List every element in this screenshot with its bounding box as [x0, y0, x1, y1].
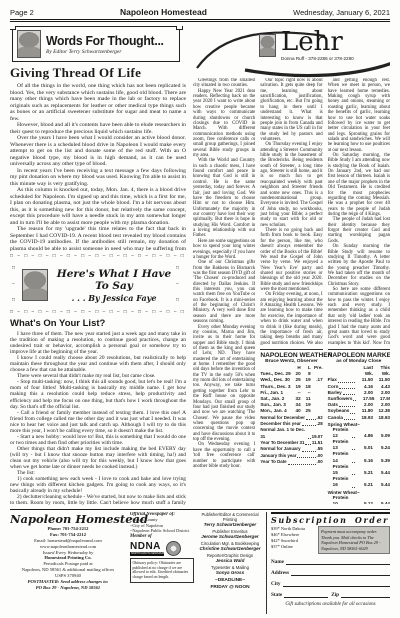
field-line	[286, 564, 390, 565]
lehr-columns: Greetings from the smallest city situate…	[193, 78, 390, 504]
form-field-row: City	[271, 581, 390, 587]
lehr-column-2: Our topic right now is about salvation. …	[260, 78, 322, 346]
lehr-header: Lehr Donna Ruff - 378-2286 or 378-2280	[193, 26, 390, 78]
dot-leader	[343, 394, 355, 395]
subscription-fields: NameAddressCity	[271, 559, 390, 587]
commodity-name: Protein 12	[333, 427, 351, 439]
field-line	[291, 575, 390, 576]
paragraph: $37* Online	[271, 544, 315, 550]
dot-leader	[302, 425, 316, 426]
page-number: Page 2	[10, 8, 34, 17]
subscription-prices: $39* North Dakota$46* Elsewhere$42* Snow…	[271, 526, 315, 554]
dot-leader	[339, 388, 355, 389]
heres-what-banner: □ ~ □ ~ □ ~ □ ~ □ ~ □ ~ □ ~ □ ~ □ ~ □ ~ …	[10, 254, 184, 316]
weather-summary-row: Normal Jan. 1 to Dec. 3119.07	[260, 427, 322, 440]
last-week-price: 5.16	[356, 458, 373, 464]
paragraph: As this column is knocked out, today, Mo…	[10, 187, 186, 226]
dot-leader	[288, 464, 316, 465]
paragraph: Every other Monday evening my cousins, M…	[193, 325, 255, 443]
paragraph: With the World and Country in such a cha…	[193, 158, 255, 238]
dot-leader	[352, 487, 355, 488]
paragraph: The people of Judah had lost their ident…	[328, 217, 390, 244]
paragraph: In recent years I've been receiving a te…	[10, 168, 186, 188]
commodity-name: Protein 15	[333, 464, 351, 476]
paragraph: However, blood and all it's contents hav…	[10, 122, 186, 135]
summary-label: Normal Jan. 1 to Dec. 31	[260, 427, 306, 440]
column-byline: By Editor Terry Schwartzenberger	[46, 49, 171, 55]
weather-observer: Bruce Wentz, Observer	[260, 359, 322, 364]
article-body-giving-thread: Of all the things in the world, one thin…	[10, 83, 186, 251]
decorative-border-left: □~□	[12, 261, 18, 309]
paragraph: □	[176, 298, 182, 304]
dot-leader	[297, 457, 315, 458]
masthead-info: Napoleon Homestead Phone: 701-754-2212Fa…	[10, 512, 126, 614]
member-seal-logo	[166, 541, 181, 556]
words-for-thought-banner: Words For Thought... By Editor Terry Sch…	[12, 26, 180, 62]
deadline-label: ~DEADLINE~	[198, 578, 262, 583]
dot-leader	[352, 462, 355, 463]
dot-leader	[306, 419, 316, 420]
dot-leader	[308, 438, 311, 439]
header-rule	[10, 19, 390, 22]
markets-row: Protein 135.015.24	[328, 439, 390, 451]
staff-list: Publisher/Editor & Commercial PrintingTe…	[198, 512, 262, 614]
masthead: Napoleon Homestead Phone: 701-754-2212Fa…	[10, 512, 390, 614]
section-title: Lehr	[281, 28, 354, 56]
paragraph: ~	[176, 282, 182, 288]
masthead-title: Napoleon Homestead	[10, 512, 126, 526]
dot-leader	[338, 382, 355, 383]
last-week-price: 5.21	[356, 470, 373, 476]
decorative-border-right: □~□	[176, 261, 182, 309]
paragraph: There is no going back and forth from bo…	[260, 228, 322, 292]
official-newspaper-block: Official Newspaper of: ~Logan County~Cit…	[130, 512, 194, 614]
commodity-name: Protein 13	[333, 439, 351, 451]
obituary-policy: Obituary policy: Obituaries are publishe…	[130, 558, 194, 583]
zip-field-label: Zip	[331, 592, 339, 598]
markets-table: NAPOLEON MARKETS as of Monday Close Last…	[328, 349, 390, 504]
ndna-logo: NDNA NORTH DAKOTA NEWSPAPER ASSOCIATION	[130, 542, 164, 556]
commodity-name: Canola	[328, 415, 343, 421]
decorative-border-bottom: □ ~ □ ~ □ ~ □ ~ □ ~ □ ~ □ ~ □ ~ □ ~ □ ~ …	[10, 310, 184, 316]
paragraph: On Sunday morning the Bible Study will r…	[328, 244, 390, 287]
paragraph: I know I could really choose about 20 re…	[10, 355, 186, 373]
dot-leader	[344, 419, 355, 420]
official-newspaper-list: ~Logan County~City of Napoleon~Napoleon …	[130, 517, 194, 534]
last-week-price: 18.93	[356, 415, 373, 421]
masthead-line: PO Box 29 - Napoleon, ND 58561	[10, 585, 126, 591]
markets-row: Protein 155.215.44	[328, 464, 390, 476]
last-week-price: 5.12	[356, 501, 373, 504]
markets-subtitle: as of Monday Close	[328, 359, 390, 364]
weather-days: Tues., Dec. 29208Wed., Dec. 302519.17Thu…	[260, 371, 322, 414]
issue-date: Wednesday, January 6, 2021	[293, 8, 390, 17]
paragraph: Greetings from the smallest city situate…	[193, 78, 255, 89]
markets-row: Protein 165.215.44	[328, 476, 390, 488]
lehr-section: Lehr Donna Ruff - 378-2286 or 378-2280 G…	[193, 26, 390, 506]
dot-leader	[352, 474, 355, 475]
jessica-portrait-photo	[22, 269, 48, 301]
form-field-row: Name	[271, 559, 390, 565]
weather-precip: .17	[311, 377, 323, 383]
paragraph: Our topic right now is about salvation. …	[260, 78, 322, 142]
paragraph: I have three of them. The new year start…	[10, 331, 186, 355]
paragraph: □	[12, 266, 18, 272]
dot-leader	[352, 449, 355, 450]
this-week-price: 5.44	[373, 470, 390, 476]
subscription-form: Subscription Order Form $39* North Dakot…	[266, 512, 390, 614]
dot-leader	[305, 444, 310, 445]
dot-leader	[302, 451, 316, 452]
paragraph: So here are some different communication…	[328, 287, 390, 346]
paragraph: On Friday evening, at noon, I am enjoyin…	[260, 292, 322, 346]
field-label: Name	[271, 559, 284, 565]
state-field-line	[284, 597, 328, 598]
payment-note: Payment must accompany order. Thank you.…	[318, 526, 390, 554]
paragraph: □	[12, 298, 18, 304]
summary-value: .00	[317, 459, 323, 465]
paragraph: On Thursday evening I enjoy attending a …	[260, 142, 322, 228]
gift-note: Gift subscriptions available for all occ…	[271, 602, 390, 607]
editor-portrait-photo	[17, 30, 41, 58]
markets-title: NAPOLEON MARKETS	[328, 352, 390, 359]
commodity-name: Protein 10	[333, 495, 351, 504]
dot-leader	[353, 400, 356, 401]
paragraph: - Stop multi-tasking: now, I think this …	[10, 379, 186, 409]
column-byline-jessica: . . . By Jessica Faye	[52, 293, 176, 303]
donna-portrait-photo	[259, 34, 276, 57]
weather-summary: Normal for December.62December this year…	[260, 415, 322, 466]
left-column: Words For Thought... By Editor Terry Sch…	[10, 26, 186, 506]
page-header: Page 2 Napoleon Homestead Wednesday, Jan…	[10, 5, 390, 17]
dot-leader	[352, 437, 355, 438]
paragraph: 1) cook something new each week - I love…	[10, 476, 186, 494]
markets-col-headers: Last Wk. This Wk.	[328, 365, 390, 377]
newspaper-page: Page 2 Napoleon Homestead Wednesday, Jan…	[0, 0, 400, 618]
paragraph: On Saturday morning, the Bible Study I a…	[328, 153, 390, 217]
paragraph: □	[176, 266, 182, 272]
masthead-contact-lines: Phone: 701-754-2212Fax: 701-754-2212Emai…	[10, 526, 126, 591]
page-content: Words For Thought... By Editor Terry Sch…	[10, 26, 390, 506]
deadline-time: FRIDAY @ NOON	[198, 585, 262, 590]
subscription-form-title: Subscription Order Form	[271, 512, 390, 525]
field-label: Address	[271, 570, 289, 576]
form-field-row: Address	[271, 570, 390, 576]
column-title: Words For Thought...	[46, 33, 164, 48]
summary-label: Year To Date	[260, 459, 286, 465]
paragraph: Over the years I have been what I would …	[10, 135, 186, 168]
field-line	[283, 586, 390, 587]
state-field-label: State	[271, 592, 282, 598]
article-headline-whats-on-list: What's On Your List?	[10, 318, 186, 329]
staff-role: Publisher/Editor & Commercial Printing	[198, 512, 262, 522]
paragraph: The reason for my 'upgrade' this time re…	[10, 226, 186, 251]
masthead-rule	[10, 509, 390, 510]
paragraph: Happy New Year 2021 dear readers. Reflec…	[193, 89, 255, 159]
field-label: City	[271, 581, 281, 587]
this-week-price: 18.93	[373, 415, 390, 421]
this-week-price: 5.44	[373, 501, 390, 504]
paragraph: ~	[12, 282, 18, 288]
this-week-price: 5.09	[373, 433, 390, 439]
staff-name: Sonya Gross	[198, 570, 262, 576]
summary-value: .28	[317, 421, 323, 427]
staff-name: Terry Schwartzenberger	[198, 522, 262, 528]
weather-title: NAPOLEON WEATHER	[260, 352, 322, 359]
this-week-price: 5.39	[373, 458, 390, 464]
markets-rows: Flax11.5011.50Corn4.164.43Barley2.002.00…	[328, 377, 390, 504]
last-week-price: 5.21	[356, 482, 373, 488]
lehr-column-1: Greetings from the smallest city situate…	[193, 78, 255, 504]
this-week-price: 5.24	[373, 445, 390, 451]
staff-name: Jessica Wald	[198, 558, 262, 564]
markets-row: Canola18.9318.93	[328, 415, 390, 421]
paragraph: - Start a new hobby: would love to! But,…	[10, 434, 186, 446]
paragraph: Other things that didn't make my list in…	[10, 446, 186, 470]
column-title-jessica: Here's What I Have To Say	[52, 268, 176, 292]
paragraph: Here are some suggestions on how to spen…	[193, 239, 255, 260]
paragraph: Of all the things in the world, one thin…	[10, 83, 186, 122]
commodity-name: Protein 14	[333, 451, 351, 463]
state-zip-row: State Zip	[271, 592, 390, 598]
paper-name: Napoleon Homestead	[120, 7, 207, 17]
paragraph: One of our Christmas gifts from the Bakk…	[193, 260, 255, 324]
commodity-name: Protein 16	[333, 476, 351, 488]
paragraph: On Wednesday evening I have the opportun…	[193, 442, 255, 469]
paragraph: - Call a friend or family member instead…	[10, 410, 186, 434]
staff-name: Christine Schwartzenberger	[198, 546, 262, 552]
zip-field-line	[341, 597, 390, 598]
article-headline-giving-thread: Giving Thread Of Life	[10, 65, 186, 81]
dot-leader	[339, 406, 355, 407]
weather-table: NAPOLEON WEATHER Bruce Wentz, Observer H…	[260, 349, 322, 466]
this-week-price: 5.44	[373, 482, 390, 488]
markets-row: Protein 124.865.09	[328, 427, 390, 439]
article-body-whats-on-list: I have three of them. The new year start…	[10, 331, 186, 506]
last-week-price: 4.86	[356, 433, 373, 439]
paragraph: 2) declutter/cleaning schedule - We've s…	[10, 494, 186, 506]
last-week-price: 5.01	[356, 445, 373, 451]
lehr-column-3: and getting enough rest. When we meet in…	[328, 78, 390, 346]
section-contact: Donna Ruff - 378-2286 or 378-2280	[281, 56, 354, 61]
weather-summary-row: Year To Date.00	[260, 459, 322, 465]
markets-row: Protein 105.125.44	[328, 495, 390, 504]
staff-name: Jerome Schwartzenberger	[198, 534, 262, 540]
markets-row: Protein 145.165.39	[328, 451, 390, 463]
member-of-label: Member of	[130, 534, 194, 539]
paragraph: and getting enough rest. When we meet in…	[328, 78, 390, 153]
dot-leader	[350, 413, 355, 414]
